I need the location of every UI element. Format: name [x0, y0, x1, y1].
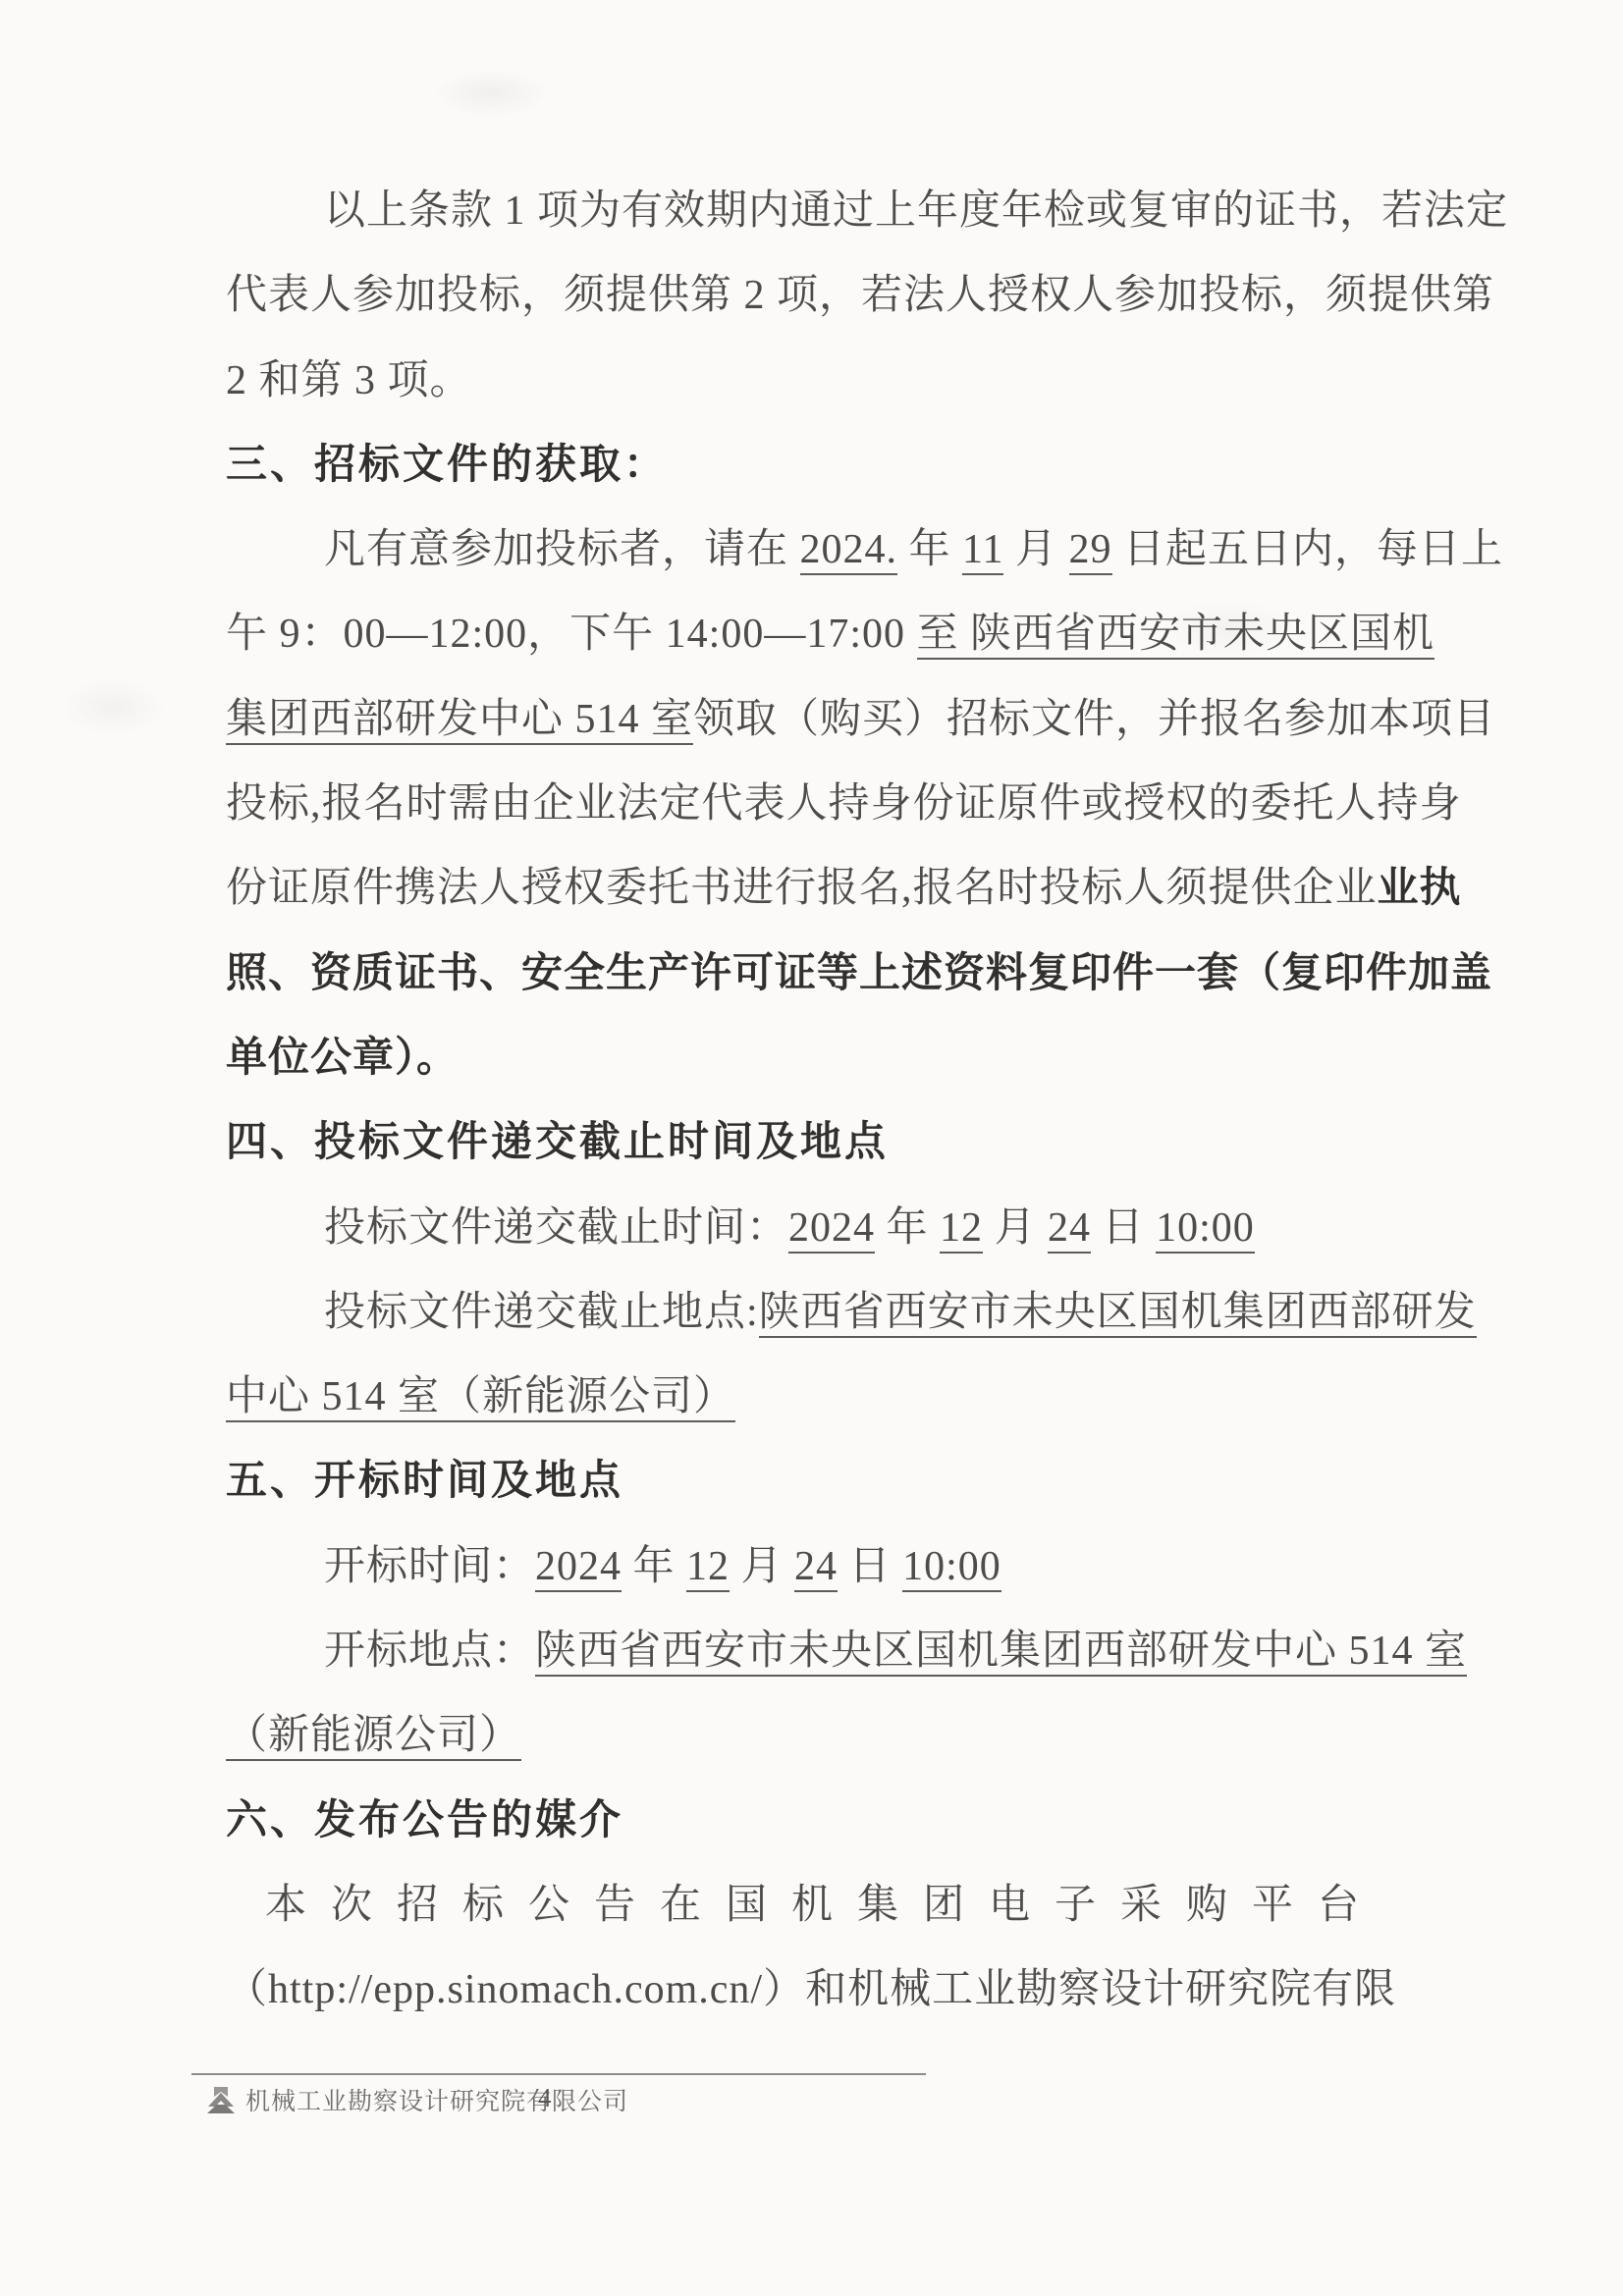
- text-segment: 领取（购买）招标文件，并报名参加本项目: [693, 697, 1495, 742]
- document-line: 凡有意参加投标者，请在 2024. 年 11 月 29 日起五日内，每日上: [226, 507, 1396, 592]
- document-line: 份证原件携法人授权委托书进行报名,报名时投标人须提供企业业执: [226, 846, 1396, 931]
- text-segment: 六、发布公告的媒介: [226, 1798, 623, 1843]
- underlined-text: 中心 514 室（新能源公司）: [226, 1374, 735, 1422]
- text-segment: 日起五日内，每日上: [1112, 527, 1504, 572]
- text-segment: 月: [1003, 527, 1068, 572]
- footer-divider: [191, 2073, 926, 2075]
- document-line: 2 和第 3 项。: [226, 339, 1396, 423]
- text-segment: 月: [983, 1205, 1048, 1251]
- page-number: 4: [538, 2083, 552, 2113]
- text-segment: 投标文件递交截止地点:: [324, 1290, 759, 1335]
- underlined-text: 10:00: [902, 1544, 1001, 1592]
- text-segment: 单位公章）。: [226, 1036, 459, 1081]
- document-line: （新能源公司）: [226, 1693, 1396, 1778]
- document-line: 代表人参加投标，须提供第 2 项，若法人授权人参加投标，须提供第: [226, 253, 1396, 338]
- text-segment: 年: [622, 1544, 686, 1589]
- text-segment: 开标地点：: [324, 1629, 535, 1674]
- text-segment: 照、资质证书、安全生产许可证等上述资料复印件一套（复印件加盖: [226, 951, 1492, 996]
- underlined-text: 陕西省西安市未央区国机集团西部研发: [759, 1290, 1477, 1338]
- page-footer: 机械工业勘察设计研究院有限公司: [206, 2082, 628, 2117]
- text-segment: 日: [838, 1544, 902, 1589]
- document-line: 开标时间：2024 年 12 月 24 日 10:00: [226, 1524, 1396, 1609]
- underlined-text: 2024.: [800, 527, 898, 575]
- underlined-text: 陕西省西安市未央区国机集团西部研发中心 514 室: [535, 1629, 1467, 1677]
- underlined-text: 10:00: [1156, 1205, 1255, 1254]
- underlined-text: 12: [940, 1205, 983, 1254]
- text-segment: 投标,报名时需由企业法定代表人持身份证原件或授权的委托人持身: [226, 781, 1462, 827]
- text-segment: 投标文件递交截止时间：: [324, 1205, 788, 1251]
- underlined-text: 至 陕西省西安市未央区国机: [917, 612, 1435, 660]
- document-line: 以上条款 1 项为有效期内通过上年度年检或复审的证书，若法定: [226, 169, 1396, 253]
- text-segment: 月: [730, 1544, 794, 1589]
- footer-company-name: 机械工业勘察设计研究院有限公司: [245, 2082, 628, 2117]
- document-line: 投标,报名时需由企业法定代表人持身份证原件或授权的委托人持身: [226, 762, 1396, 846]
- mountain-logo-icon: [206, 2087, 236, 2113]
- underlined-text: 2024: [535, 1544, 622, 1592]
- document-line: （http://epp.sinomach.com.cn/）和机械工业勘察设计研究…: [226, 1948, 1396, 2032]
- text-segment: 五、开标时间及地点: [226, 1459, 623, 1504]
- text-segment: 以上条款 1 项为有效期内通过上年度年检或复审的证书，若法定: [324, 188, 1508, 234]
- document-line: 中心 514 室（新能源公司）: [226, 1355, 1396, 1439]
- document-line: 集团西部研发中心 514 室领取（购买）招标文件，并报名参加本项目: [226, 677, 1396, 762]
- document-line: 开标地点：陕西省西安市未央区国机集团西部研发中心 514 室: [226, 1609, 1396, 1693]
- underlined-text: 11: [962, 527, 1003, 575]
- text-segment: 开标时间：: [324, 1544, 535, 1589]
- text-segment: 份证原件携法人授权委托书进行报名,报名时投标人须提供企业: [226, 866, 1378, 911]
- section-heading: 六、发布公告的媒介: [226, 1779, 1396, 1863]
- document-line: 单位公章）。: [226, 1016, 1396, 1100]
- scan-smudge: [432, 69, 550, 118]
- text-segment: 年: [875, 1205, 940, 1251]
- underlined-text: 29: [1069, 527, 1112, 575]
- document-body: 以上条款 1 项为有效期内通过上年度年检或复审的证书，若法定代表人参加投标，须提…: [226, 169, 1396, 2033]
- text-segment: 日: [1091, 1205, 1156, 1251]
- text-segment: 三、招标文件的获取：: [226, 443, 668, 488]
- text-segment: 凡有意参加投标者，请在: [324, 527, 800, 572]
- text-segment: 午 9：00—12:00，下午 14:00—17:00: [226, 612, 917, 657]
- text-segment: 四、投标文件递交截止时间及地点: [226, 1120, 889, 1165]
- document-line: 本次招标公告在国机集团电子采购平台: [226, 1863, 1396, 1948]
- text-segment: 年: [897, 527, 962, 572]
- text-segment: 代表人参加投标，须提供第 2 项，若法人授权人参加投标，须提供第: [226, 273, 1494, 318]
- section-heading: 三、招标文件的获取：: [226, 423, 1396, 507]
- text-segment: 本次招标公告在国机集团电子采购平台: [265, 1883, 1383, 1928]
- underlined-text: 集团西部研发中心 514 室: [226, 697, 693, 745]
- document-line: 午 9：00—12:00，下午 14:00—17:00 至 陕西省西安市未央区国…: [226, 592, 1396, 676]
- document-line: 投标文件递交截止地点:陕西省西安市未央区国机集团西部研发: [226, 1270, 1396, 1355]
- text-segment: （http://epp.sinomach.com.cn/）和机械工业勘察设计研究…: [226, 1967, 1396, 2012]
- text-segment: 业执: [1378, 866, 1462, 911]
- underlined-text: 2024: [788, 1205, 875, 1254]
- document-line: 照、资质证书、安全生产许可证等上述资料复印件一套（复印件加盖: [226, 932, 1396, 1016]
- document-page: 以上条款 1 项为有效期内通过上年度年检或复审的证书，若法定代表人参加投标，须提…: [0, 0, 1623, 2296]
- underlined-text: 24: [1048, 1205, 1091, 1254]
- document-line: 投标文件递交截止时间：2024 年 12 月 24 日 10:00: [226, 1186, 1396, 1270]
- underlined-text: 12: [686, 1544, 730, 1592]
- section-heading: 五、开标时间及地点: [226, 1439, 1396, 1523]
- underlined-text: （新能源公司）: [226, 1713, 521, 1761]
- text-segment: 2 和第 3 项。: [226, 358, 472, 403]
- underlined-text: 24: [794, 1544, 838, 1592]
- section-heading: 四、投标文件递交截止时间及地点: [226, 1100, 1396, 1185]
- scan-smudge: [59, 677, 167, 736]
